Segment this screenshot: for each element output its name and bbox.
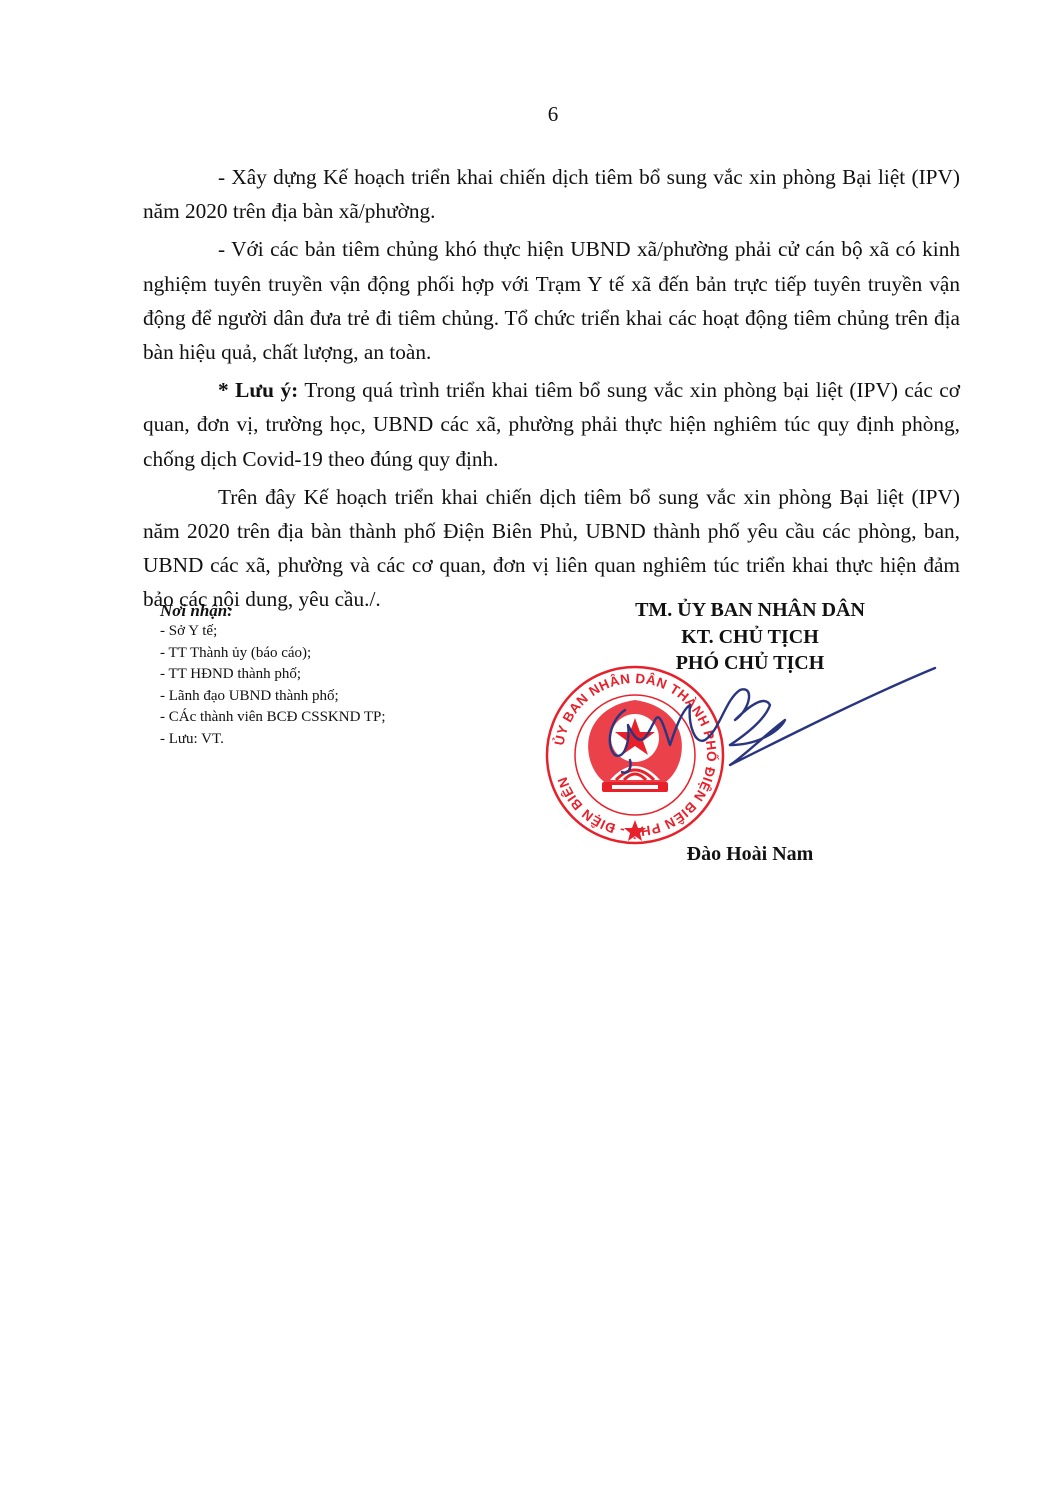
recipient-item: - Sở Y tế; (160, 621, 386, 643)
recipient-item: - TT Thành ủy (báo cáo); (160, 643, 386, 665)
page-number: 6 (0, 102, 1060, 127)
document-body: - Xây dựng Kế hoạch triển khai chiến dịc… (143, 160, 960, 621)
signature-title-line2: KT. CHỦ TỊCH (560, 624, 940, 651)
signature-title-line1: TM. ỦY BAN NHÂN DÂN (560, 597, 940, 624)
paragraph-plan: - Xây dựng Kế hoạch triển khai chiến dịc… (143, 160, 960, 228)
recipients-heading: Nơi nhận: (160, 600, 386, 621)
recipient-item: - CÁc thành viên BCĐ CSSKND TP; (160, 707, 386, 729)
recipient-item: - Lưu: VT. (160, 729, 386, 751)
paragraph-outreach: - Với các bản tiêm chủng khó thực hiện U… (143, 232, 960, 369)
recipient-item: - TT HĐND thành phố; (160, 664, 386, 686)
recipients-list: Nơi nhận: - Sở Y tế; - TT Thành ủy (báo … (160, 600, 386, 750)
paragraph-note: * Lưu ý: Trong quá trình triển khai tiêm… (143, 373, 960, 476)
signature-icon (570, 650, 970, 780)
note-label: * Lưu ý: (218, 378, 298, 402)
signer-name: Đào Hoài Nam (560, 843, 940, 866)
recipient-item: - Lãnh đạo UBND thành phố; (160, 686, 386, 708)
